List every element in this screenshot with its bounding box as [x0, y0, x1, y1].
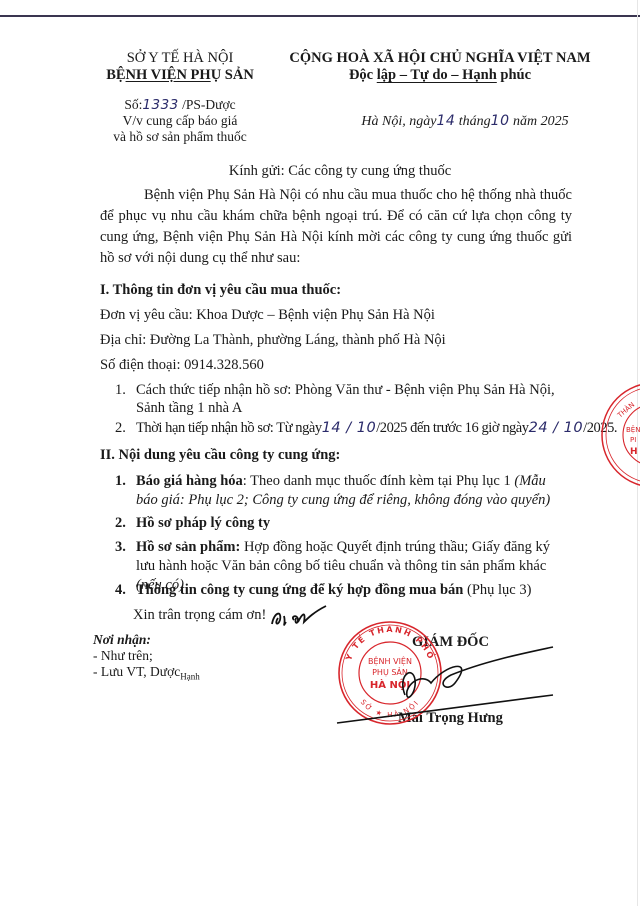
scan-top-rule	[0, 15, 640, 17]
partial-seal-icon: THÀN BỆN PI H	[594, 380, 640, 490]
subject-line-2: và hồ sơ sản phẩm thuốc	[80, 129, 280, 145]
director-signature-icon	[335, 635, 555, 730]
recipients-block: Nơi nhận: - Như trên; - Lưu VT, DượcHạnh	[93, 632, 200, 685]
section-2-title: II. Nội dung yêu cầu công ty cung ứng:	[100, 446, 340, 465]
subject-line-1: V/v cung cấp báo giá	[80, 113, 280, 129]
document-reference: Số:1333 /PS-Dược V/v cung cấp báo giá và…	[80, 97, 280, 145]
national-header: CỘNG HOÀ XÃ HỘI CHỦ NGHĨA VIỆT NAM Độc l…	[262, 50, 618, 84]
recipient-line: - Như trên;	[93, 648, 200, 664]
address: Địa chỉ: Đường La Thành, phường Láng, th…	[100, 331, 446, 350]
initials-signature-icon	[268, 604, 328, 630]
department-name: SỞ Y TẾ HÀ NỘI	[80, 50, 280, 67]
svg-text:BỆN: BỆN	[626, 425, 640, 434]
recipient-line: - Lưu VT, DượcHạnh	[93, 664, 200, 685]
list-item-num: 2.	[115, 419, 126, 438]
document-number: Số:1333 /PS-Dược	[80, 97, 280, 113]
list-item-num: 1.	[115, 472, 126, 491]
recipients-title: Nơi nhận:	[93, 632, 200, 648]
list-item-company-info: Thông tin công ty cung ứng để ký hợp đồn…	[136, 581, 531, 600]
handwritten-month: 10	[491, 113, 510, 129]
list-item-num: 4.	[115, 581, 126, 600]
list-item-legal-docs: Hồ sơ pháp lý công ty	[136, 514, 270, 533]
issuing-authority: SỞ Y TẾ HÀ NỘI BỆNH VIỆN PHỤ SẢN	[80, 50, 280, 84]
list-item-deadline: Thời hạn tiếp nhận hồ sơ: Từ ngày14 / 10…	[136, 419, 617, 438]
salutation: Kính gửi: Các công ty cung ứng thuốc	[80, 162, 600, 181]
organization-name: BỆNH VIỆN PHỤ SẢN	[80, 67, 280, 84]
list-item-num: 1.	[115, 381, 126, 400]
section-1-title: I. Thông tin đơn vị yêu cầu mua thuốc:	[100, 281, 341, 300]
national-motto: Độc lập – Tự do – Hạnh phúc	[262, 67, 618, 84]
list-item-price-quote: Báo giá hàng hóa: Theo danh mục thuốc đí…	[136, 472, 570, 510]
svg-text:PI: PI	[630, 436, 636, 444]
list-item-receipt-method: Cách thức tiếp nhận hồ sơ: Phòng Văn thư…	[136, 381, 570, 417]
handwritten-day: 14	[436, 113, 455, 129]
document-date: Hà Nội, ngày14 tháng10 năm 2025	[320, 113, 610, 130]
phone-number: Số điện thoại: 0914.328.560	[100, 356, 264, 375]
requesting-unit: Đơn vị yêu cầu: Khoa Dược – Bệnh viện Ph…	[100, 306, 435, 325]
svg-text:H: H	[630, 447, 638, 457]
closing-thanks: Xin trân trọng cám ơn!	[133, 606, 266, 625]
list-item-num: 3.	[115, 538, 126, 557]
intro-paragraph: Bệnh viện Phụ Sản Hà Nội có nhu cầu mua …	[100, 185, 572, 269]
nation-name: CỘNG HOÀ XÃ HỘI CHỦ NGHĨA VIỆT NAM	[262, 50, 618, 67]
handwritten-number: 1333	[142, 97, 178, 113]
list-item-num: 2.	[115, 514, 126, 533]
